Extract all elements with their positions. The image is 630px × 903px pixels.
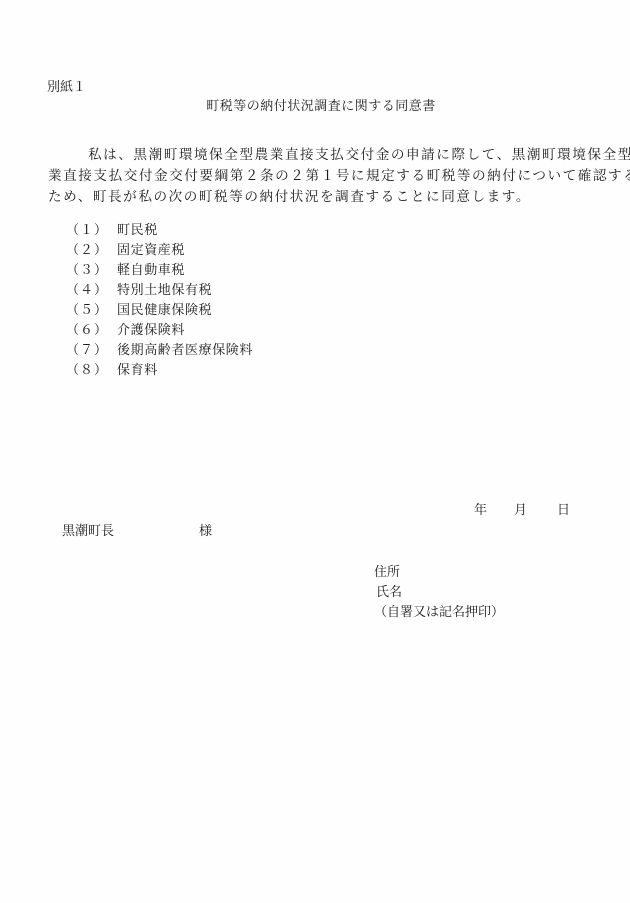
item-name: 特別土地保有税 [117, 281, 212, 301]
paragraph-line: 私は、黒潮町環境保全型農業直接支払交付金の申請に際して、黒潮町環境保全型農 [48, 145, 588, 166]
tax-item-list: （１） 町民税 （２） 固定資産税 （３） 軽自動車税 （４） 特別土地保有税 … [66, 221, 253, 381]
list-item: （８） 保育料 [66, 361, 253, 381]
name-label: 氏名 [374, 583, 504, 603]
document-title: 町税等の納付状況調査に関する同意書 [0, 99, 630, 115]
item-number: （２） [66, 241, 117, 261]
paragraph-line: 業直接支払交付金交付要綱第２条の２第１号に規定する町税等の納付について確認する [48, 166, 588, 187]
item-number: （７） [66, 341, 117, 361]
addressee-name: 黒潮町長 [62, 524, 114, 539]
addressee-honorific: 様 [199, 524, 212, 540]
item-name: 国民健康保険税 [117, 301, 212, 321]
list-item: （２） 固定資産税 [66, 241, 253, 261]
list-item: （５） 国民健康保険税 [66, 301, 253, 321]
consent-paragraph: 私は、黒潮町環境保全型農業直接支払交付金の申請に際して、黒潮町環境保全型農 業直… [48, 145, 588, 208]
item-number: （６） [66, 321, 117, 341]
date-line: 年月日 [474, 503, 570, 519]
signature-note: （自署又は記名押印） [374, 603, 504, 623]
list-item: （７） 後期高齢者医療保険料 [66, 341, 253, 361]
day-label: 日 [557, 503, 570, 519]
annex-label: 別紙１ [47, 80, 86, 96]
item-number: （１） [66, 221, 117, 241]
addressee: 黒潮町長 様 [62, 524, 114, 540]
item-name: 町民税 [117, 221, 158, 241]
document-page: 別紙１ 町税等の納付状況調査に関する同意書 私は、黒潮町環境保全型農業直接支払交… [0, 0, 630, 903]
item-name: 軽自動車税 [117, 261, 185, 281]
item-number: （３） [66, 261, 117, 281]
item-name: 固定資産税 [117, 241, 185, 261]
item-name: 介護保険料 [117, 321, 185, 341]
item-name: 後期高齢者医療保険料 [117, 341, 253, 361]
list-item: （４） 特別土地保有税 [66, 281, 253, 301]
item-number: （５） [66, 301, 117, 321]
month-label: 月 [514, 503, 557, 519]
applicant-block: 住所 氏名 （自署又は記名押印） [374, 563, 504, 623]
item-number: （４） [66, 281, 117, 301]
item-number: （８） [66, 361, 117, 381]
address-label: 住所 [374, 563, 504, 583]
list-item: （３） 軽自動車税 [66, 261, 253, 281]
item-name: 保育料 [117, 361, 158, 381]
list-item: （１） 町民税 [66, 221, 253, 241]
list-item: （６） 介護保険料 [66, 321, 253, 341]
paragraph-line: ため、町長が私の次の町税等の納付状況を調査することに同意します。 [48, 187, 588, 208]
year-label: 年 [474, 503, 514, 519]
